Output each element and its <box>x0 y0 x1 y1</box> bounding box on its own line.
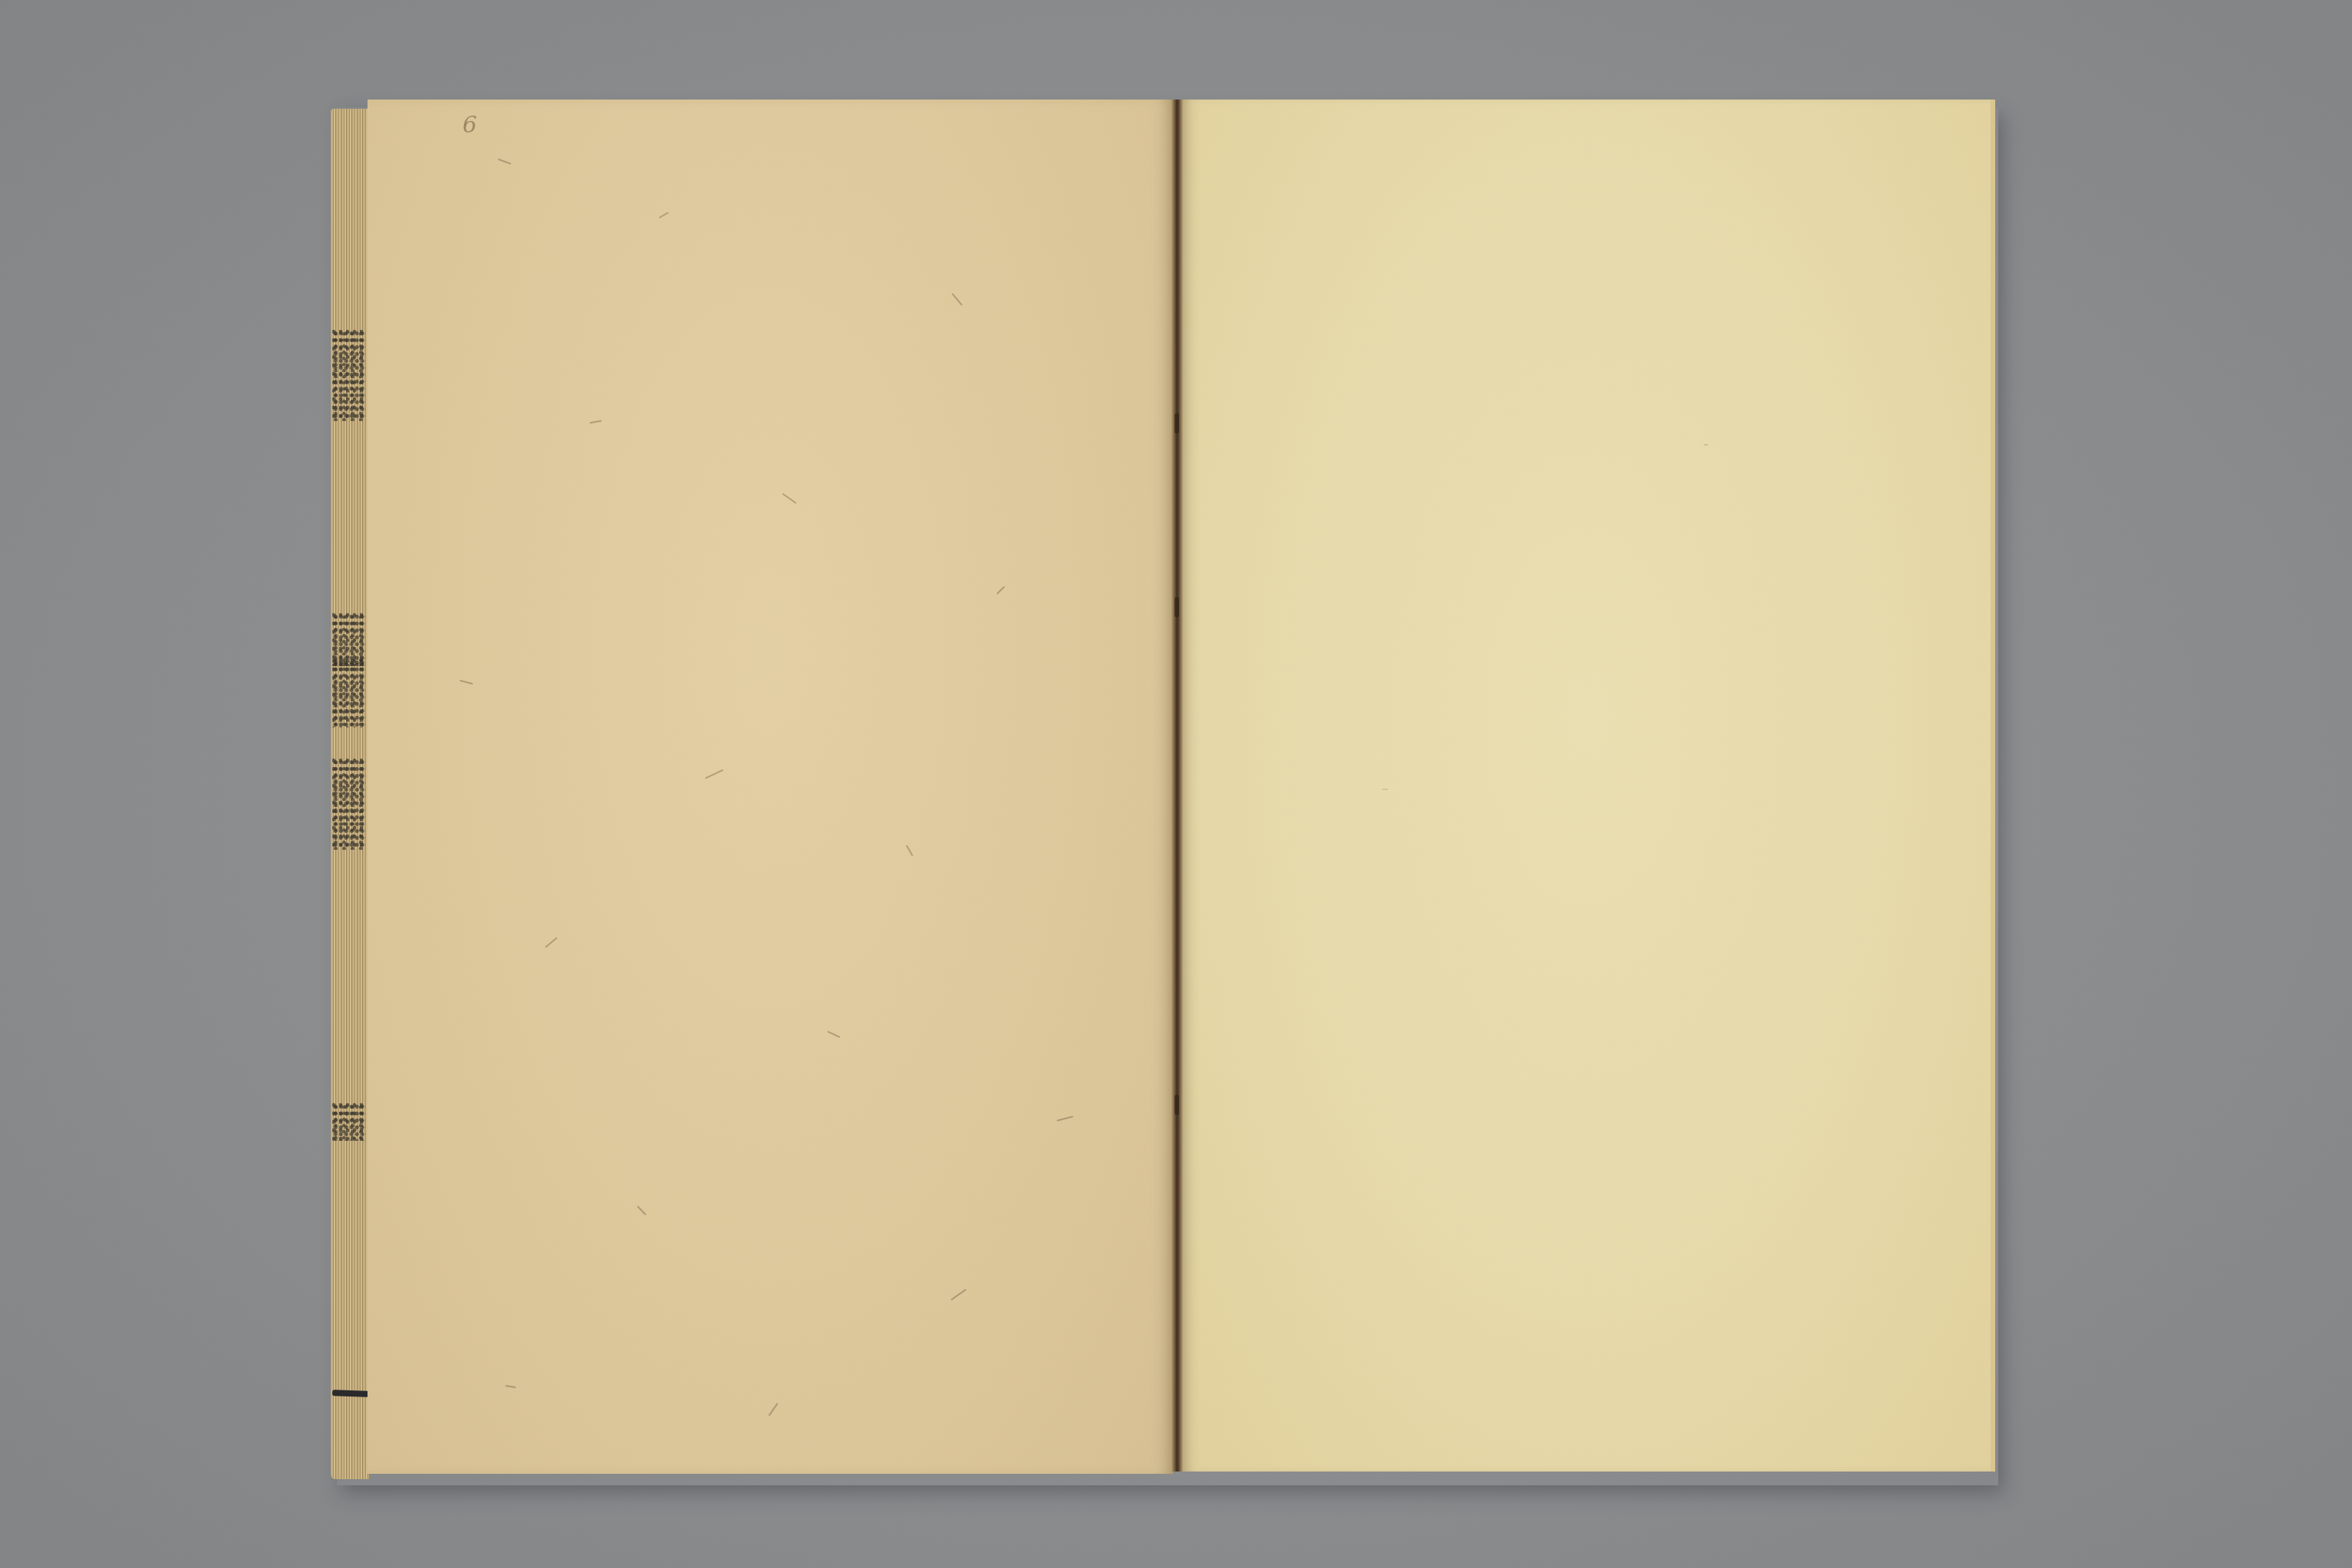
right-page <box>1183 100 1995 1472</box>
ink-bleed-mark <box>332 329 366 421</box>
binding-stitch <box>1174 1095 1179 1115</box>
ink-bleed-mark <box>332 1102 366 1141</box>
binding-stitch <box>1174 413 1179 433</box>
fore-edge-black-mark <box>332 1390 369 1397</box>
book-gutter <box>1171 100 1184 1472</box>
ink-bleed-mark <box>332 758 366 850</box>
page-number: 6 <box>462 112 477 139</box>
ink-bleed-mark <box>332 658 366 727</box>
binding-stitch <box>1174 597 1179 617</box>
scan-stage: 6 <box>0 0 2352 1568</box>
left-page <box>367 100 1173 1474</box>
